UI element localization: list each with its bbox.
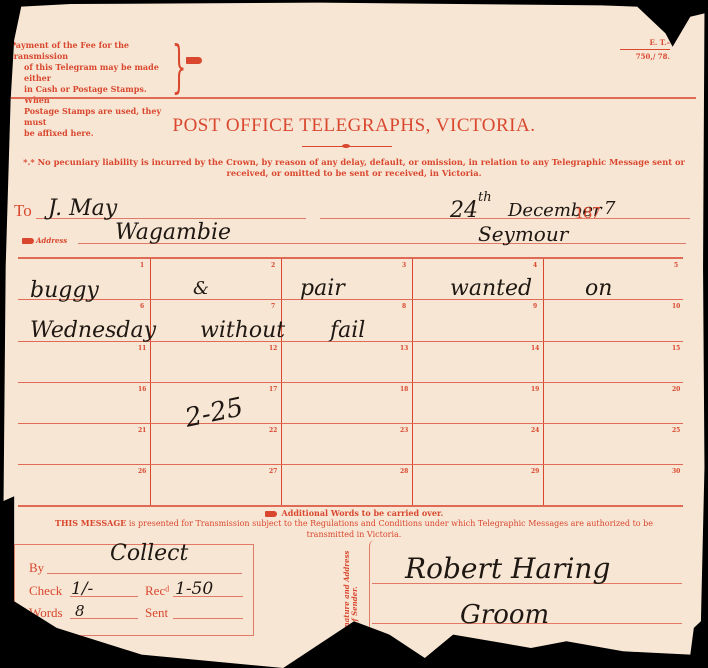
cell-number: 11 (138, 345, 146, 352)
cell-number: 8 (402, 303, 406, 310)
carry-over-text: Additional Words to be carried over. (282, 508, 444, 518)
presented-note-bold: THIS MESSAGE (55, 518, 126, 528)
by-label: By (29, 560, 44, 576)
office-use-box: By Collect Check 1/- Recᵈ 1-50 Words 8 S… (14, 544, 254, 636)
message-word: Wednesday (30, 318, 156, 343)
received-value: 1-50 (175, 579, 213, 599)
by-field[interactable] (47, 573, 242, 574)
page-title: POST OFFICE TELEGRAPHS, VICTORIA. (0, 115, 708, 137)
cell-number: 5 (674, 262, 678, 269)
pointing-hand-icon (22, 238, 34, 244)
liability-notice: *․* No pecuniary liability is incurred b… (20, 157, 688, 179)
cell-number: 2 (271, 262, 275, 269)
sender-address: Groom (460, 600, 549, 630)
ornament-divider (302, 146, 392, 147)
telegram-form: Payment of the Fee for the transmission … (0, 0, 708, 668)
sent-label: Sent (145, 605, 168, 621)
cell-number: 18 (400, 386, 408, 393)
cell-number: 7 (271, 303, 275, 310)
year-prefix: 187 (575, 203, 601, 223)
signature-label-line: of Sender. (350, 586, 359, 640)
cell-number: 17 (269, 386, 277, 393)
recipient-name: J. May (48, 196, 117, 221)
form-code-bottom: 750,/ 78. (620, 52, 670, 61)
presented-note: THIS MESSAGE is presented for Transmissi… (40, 518, 668, 540)
sent-field[interactable] (173, 618, 243, 619)
cell-number: 20 (672, 386, 680, 393)
cell-number: 23 (400, 427, 408, 434)
check-value: 1/- (71, 579, 93, 599)
cell-number: 12 (269, 345, 277, 352)
cell-number: 21 (138, 427, 146, 434)
message-word: pair (300, 276, 345, 301)
message-word: buggy (30, 278, 99, 303)
form-code-top: E. T.– (620, 38, 670, 47)
message-word: wanted (450, 276, 532, 301)
cell-number: 25 (672, 427, 680, 434)
cell-number: 14 (531, 345, 539, 352)
check-label: Check (29, 583, 62, 599)
cell-number: 28 (400, 468, 408, 475)
pointing-hand-icon (186, 57, 202, 64)
cell-number: 9 (533, 303, 537, 310)
payment-note-line: of this Telegram may be made either (10, 62, 175, 84)
address-value: Wagambie (115, 220, 231, 245)
received-label: Recᵈ (145, 583, 169, 599)
cell-number: 30 (672, 468, 680, 475)
cell-number: 1 (140, 262, 144, 269)
divider (620, 49, 670, 50)
payment-note-line: Payment of the Fee for the transmission (10, 40, 175, 62)
sender-signature: Robert Haring (405, 552, 610, 585)
date-field[interactable] (320, 218, 690, 219)
message-word: without (200, 318, 285, 343)
year-suffix: 7 (604, 198, 615, 219)
cell-number: 24 (531, 427, 539, 434)
message-word: fail (330, 318, 365, 343)
cell-number: 27 (269, 468, 277, 475)
carry-over-note: Additional Words to be carried over. (0, 508, 708, 518)
cell-number: 3 (402, 262, 406, 269)
cell-number: 29 (531, 468, 539, 475)
grid-row-line (18, 464, 683, 465)
cell-number: 15 (672, 345, 680, 352)
address-town: Seymour (478, 222, 568, 246)
cell-number: 4 (533, 262, 537, 269)
message-word: & (193, 278, 209, 299)
words-label: Words (29, 605, 63, 621)
brace-icon (369, 540, 376, 640)
grid-row-line (18, 423, 683, 424)
words-value: 8 (75, 602, 85, 620)
cell-number: 19 (531, 386, 539, 393)
cell-number: 6 (140, 303, 144, 310)
signature-label-text: Signature and Addressof Sender. (343, 551, 359, 640)
top-rule (10, 97, 696, 99)
cell-number: 22 (269, 427, 277, 434)
message-word: on (585, 276, 612, 301)
message-grid[interactable]: 1 2 3 4 5 6 7 8 9 10 11 12 13 14 15 16 1… (18, 257, 683, 507)
grid-row-line (18, 382, 683, 383)
brace-icon: } (172, 40, 186, 96)
by-value: Collect (110, 541, 188, 566)
date-day: 24 (450, 198, 478, 223)
signature-label: Signature and Addressof Sender. (343, 540, 369, 650)
address-label-text: Address (36, 236, 67, 245)
cell-number: 10 (672, 303, 680, 310)
cell-number: 26 (138, 468, 146, 475)
to-label: To (14, 201, 32, 221)
cell-number: 16 (138, 386, 146, 393)
cell-number: 13 (400, 345, 408, 352)
grid-row-line (18, 299, 683, 300)
pointing-hand-icon (265, 511, 277, 517)
presented-note-text: is presented for Transmission subject to… (126, 519, 653, 539)
payment-note-line: in Cash or Postage Stamps. When (10, 84, 175, 106)
date-suffix: th (478, 190, 492, 205)
form-code: E. T.– 750,/ 78. (620, 38, 670, 61)
address-label: Address (22, 236, 67, 245)
